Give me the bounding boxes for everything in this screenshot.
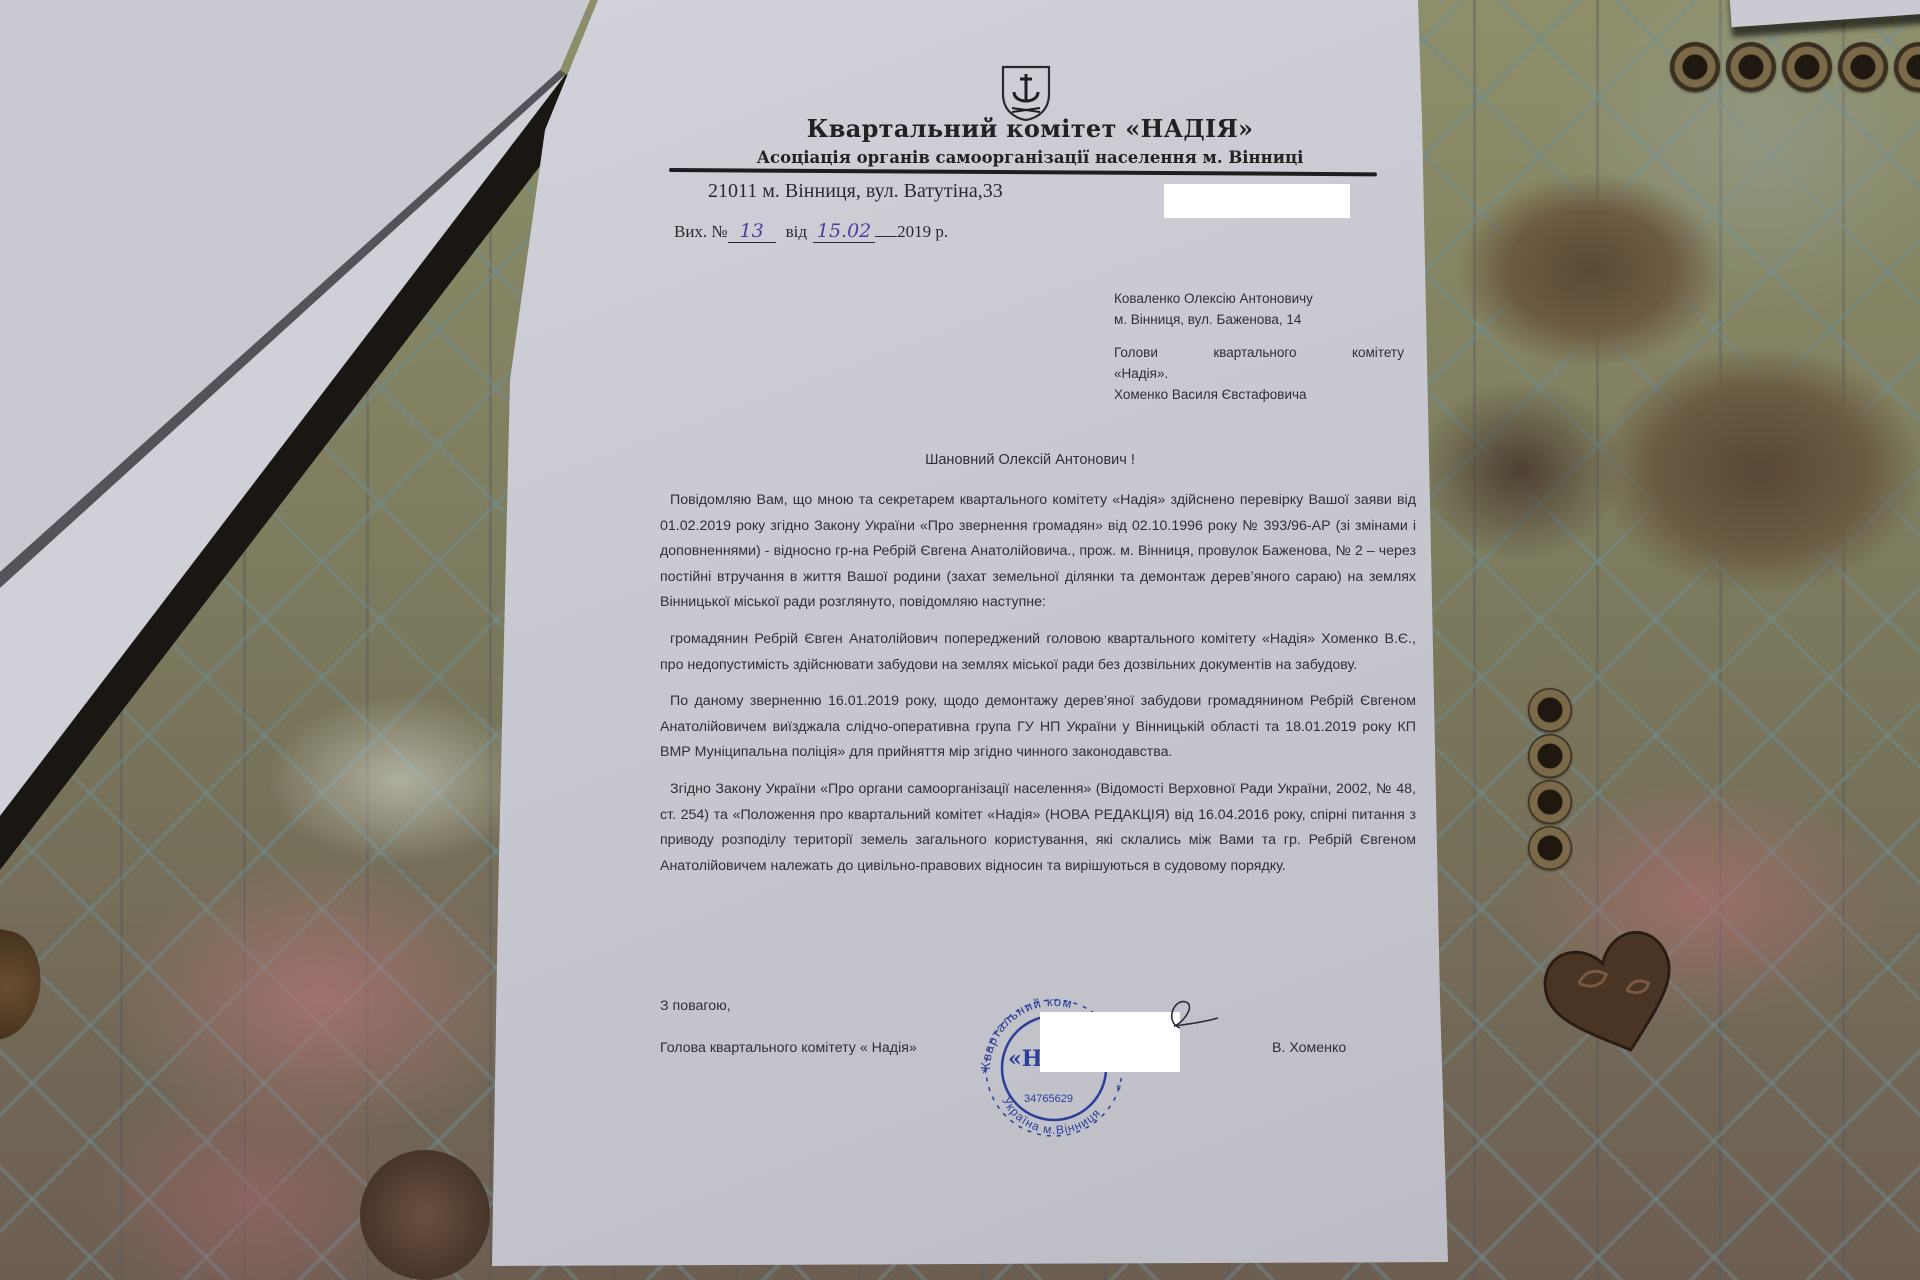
body-paragraph: Повідомляю Вам, що мною та секретарем кв… <box>660 488 1416 616</box>
sender-title-word: комітету <box>1352 342 1404 363</box>
redaction-box <box>1164 184 1350 218</box>
body-paragraph: По даному зверненню 16.01.2019 року, щод… <box>660 689 1416 766</box>
recipient-address: м. Вінниця, вул. Баженова, 14 <box>1114 309 1404 330</box>
organization-name: Квартальний комітет «НАДІЯ» <box>780 114 1280 143</box>
redaction-box <box>1040 1012 1180 1072</box>
sender-title-line: Голови квартального комітету <box>1114 342 1404 363</box>
svg-text:34765629: 34765629 <box>1024 1093 1073 1105</box>
letterhead-divider <box>669 168 1377 176</box>
letter-body: Повідомляю Вам, що мною та секретарем кв… <box>660 488 1416 879</box>
signer-name: В. Хоменко <box>1272 1040 1346 1056</box>
closing: З повагою, <box>660 998 731 1014</box>
body-paragraph: Згідно Закону України «Про органи самоор… <box>660 777 1416 879</box>
body-paragraph: громадянин Ребрій Євген Анатолійович поп… <box>660 627 1416 678</box>
organization-address: 21011 м. Вінниця, вул. Ватутіна,33 <box>708 180 1003 203</box>
date-prefix: від <box>786 222 807 242</box>
association-name: Асоціація органів самоорганізації населе… <box>720 148 1340 167</box>
svg-text:*: * <box>982 1065 988 1081</box>
date-blank-line <box>875 236 897 237</box>
letter-content: Квартальний комітет «НАДІЯ» Асоціація ор… <box>0 0 1920 1280</box>
outgoing-date: 15.02 <box>813 220 875 243</box>
sender-committee: «Надія». <box>1114 363 1404 384</box>
recipient-block: Коваленко Олексію Антоновичу м. Вінниця,… <box>1114 288 1404 405</box>
svg-text:«Н: «Н <box>1008 1046 1043 1072</box>
sender-name: Хоменко Василя Євстафовича <box>1114 384 1404 405</box>
outgoing-prefix: Вих. № <box>674 222 728 242</box>
outgoing-year: 2019 р. <box>897 222 948 242</box>
signature-scribble-icon <box>1160 994 1220 1034</box>
outgoing-number: 13 <box>728 220 776 243</box>
recipient-name: Коваленко Олексію Антоновичу <box>1114 288 1404 309</box>
sender-title-word: Голови <box>1114 342 1158 363</box>
svg-text:*: * <box>1116 1081 1122 1097</box>
sender-title-word: квартального <box>1213 342 1296 363</box>
outgoing-reference: Вих. № 13 від 15.02 2019 р. <box>674 220 948 243</box>
salutation: Шановний Олексій Антонович ! <box>640 452 1420 468</box>
signature-title: Голова квартального комітету « Надія» <box>660 1040 917 1056</box>
